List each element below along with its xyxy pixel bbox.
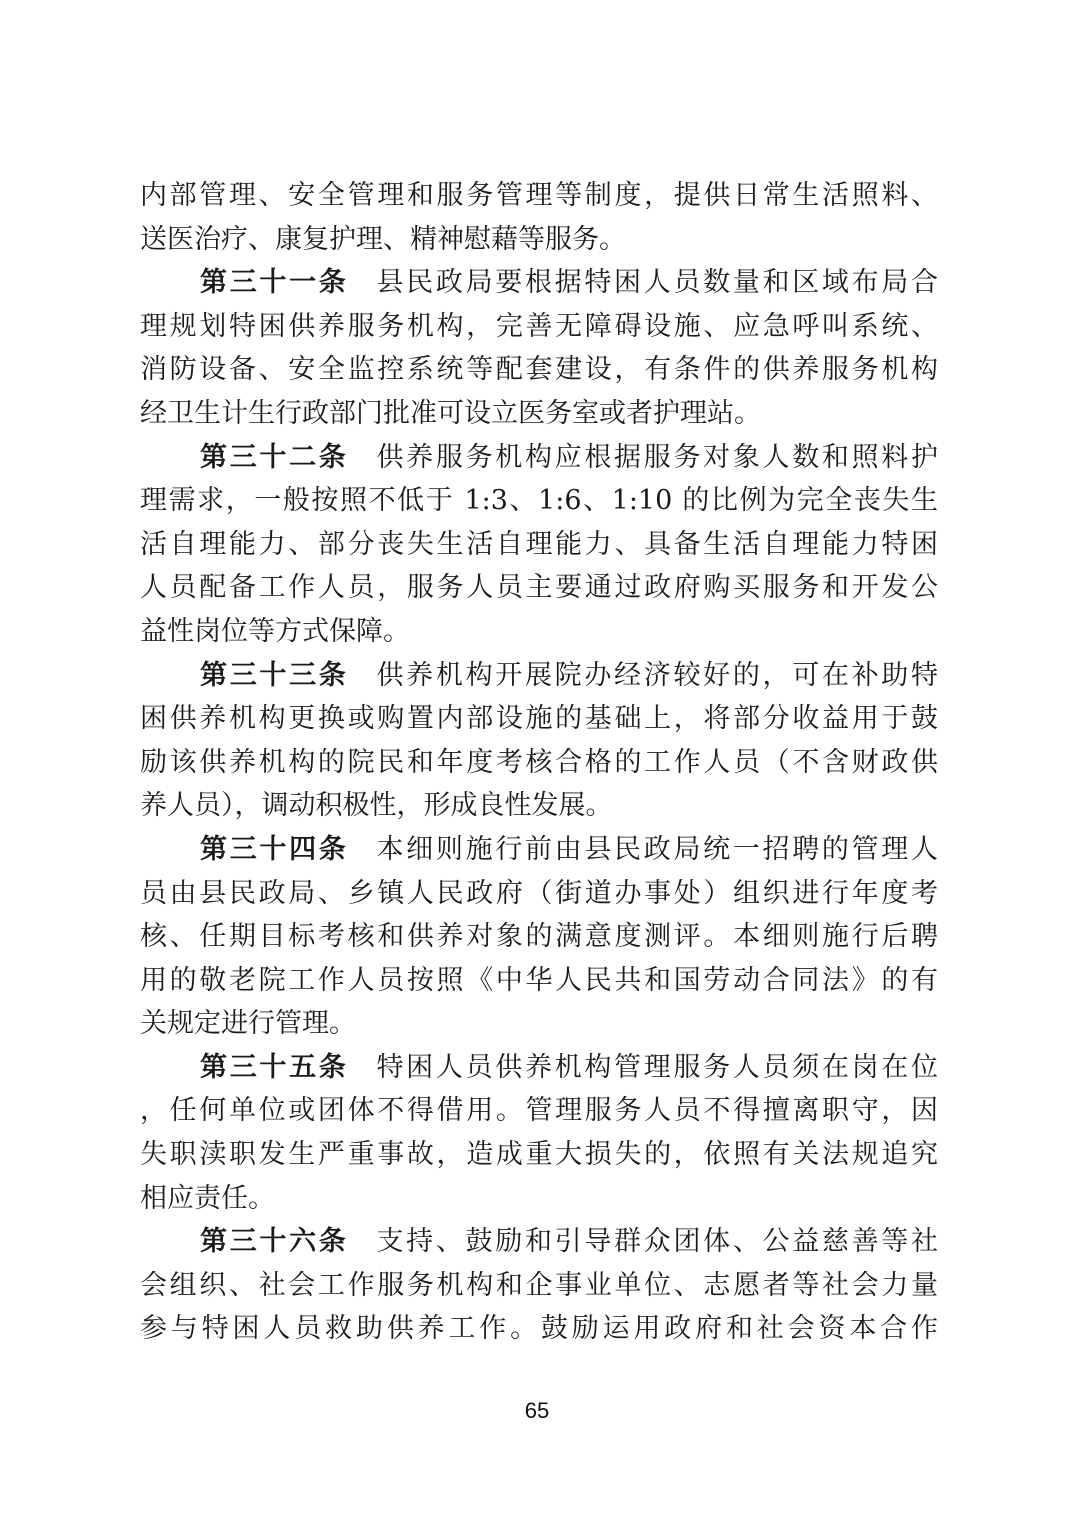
page-number: 65 xyxy=(0,1398,1074,1424)
text-line: 相应责任。 xyxy=(140,1177,938,1221)
text-line: 益性岗位等方式保障。 xyxy=(140,610,938,654)
article-heading: 第三十二条 xyxy=(200,442,348,473)
text-line: 困供养机构更换或购置内部设施的基础上，将部分收益用于鼓 xyxy=(140,697,938,741)
article-heading: 第三十一条 xyxy=(200,267,348,298)
article-heading: 第三十四条 xyxy=(200,834,348,865)
article-36: 第三十六条支持、鼓励和引导群众团体、公益慈善等社 会组织、社会工作服务机构和企事… xyxy=(140,1220,938,1351)
text-line: 核、任期目标考核和供养对象的满意度测评。本细则施行后聘 xyxy=(140,915,938,959)
text-line: ，任何单位或团体不得借用。管理服务人员不得擅离职守，因 xyxy=(140,1089,938,1133)
text-line: 参与特困人员救助供养工作。鼓励运用政府和社会资本合作 xyxy=(140,1307,938,1351)
text-line: 支持、鼓励和引导群众团体、公益慈善等社 xyxy=(376,1226,938,1257)
text-line: 消防设备、安全监控系统等配套建设，有条件的供养服务机构 xyxy=(140,348,938,392)
text-line: 送医治疗、康复护理、精神慰藉等服务。 xyxy=(140,218,938,262)
text-line: 员由县民政局、乡镇人民政府（街道办事处）组织进行年度考 xyxy=(140,872,938,916)
text-line: 内部管理、安全管理和服务管理等制度，提供日常生活照料、 xyxy=(140,174,938,218)
document-page: 内部管理、安全管理和服务管理等制度，提供日常生活照料、 送医治疗、康复护理、精神… xyxy=(140,174,938,1351)
text-line: 用的敬老院工作人员按照《中华人民共和国劳动合同法》的有 xyxy=(140,959,938,1003)
article-heading: 第三十三条 xyxy=(200,660,348,691)
article-34: 第三十四条本细则施行前由县民政局统一招聘的管理人 员由县民政局、乡镇人民政府（街… xyxy=(140,828,938,1046)
text-line: 理规划特困供养服务机构，完善无障碍设施、应急呼叫系统、 xyxy=(140,305,938,349)
text-line: 理需求，一般按照不低于 1:3、1:6、1:10 的比例为完全丧失生 xyxy=(140,479,938,523)
text-line: 特困人员供养机构管理服务人员须在岗在位 xyxy=(376,1052,938,1083)
text-line: 活自理能力、部分丧失生活自理能力、具备生活自理能力特困 xyxy=(140,523,938,567)
paragraph-continuation: 内部管理、安全管理和服务管理等制度，提供日常生活照料、 送医治疗、康复护理、精神… xyxy=(140,174,938,261)
text-line: 供养机构开展院办经济较好的，可在补助特 xyxy=(376,660,938,691)
text-line: 励该供养机构的院民和年度考核合格的工作人员（不含财政供 xyxy=(140,741,938,785)
text-line: 养人员），调动积极性，形成良性发展。 xyxy=(140,784,938,828)
text-line: 县民政局要根据特困人员数量和区域布局合 xyxy=(376,267,938,298)
article-33: 第三十三条供养机构开展院办经济较好的，可在补助特 困供养机构更换或购置内部设施的… xyxy=(140,654,938,828)
text-line: 经卫生计生行政部门批准可设立医务室或者护理站。 xyxy=(140,392,938,436)
article-32: 第三十二条供养服务机构应根据服务对象人数和照料护 理需求，一般按照不低于 1:3… xyxy=(140,436,938,654)
text-line: 失职渎职发生严重事故，造成重大损失的，依照有关法规追究 xyxy=(140,1133,938,1177)
text-line: 供养服务机构应根据服务对象人数和照料护 xyxy=(376,442,938,473)
text-line: 会组织、社会工作服务机构和企事业单位、志愿者等社会力量 xyxy=(140,1264,938,1308)
text-line: 人员配备工作人员，服务人员主要通过政府购买服务和开发公 xyxy=(140,566,938,610)
article-heading: 第三十五条 xyxy=(200,1052,348,1083)
article-35: 第三十五条特困人员供养机构管理服务人员须在岗在位 ，任何单位或团体不得借用。管理… xyxy=(140,1046,938,1220)
article-heading: 第三十六条 xyxy=(200,1226,348,1257)
article-31: 第三十一条县民政局要根据特困人员数量和区域布局合 理规划特困供养服务机构，完善无… xyxy=(140,261,938,435)
text-line: 本细则施行前由县民政局统一招聘的管理人 xyxy=(376,834,938,865)
text-line: 关规定进行管理。 xyxy=(140,1002,938,1046)
